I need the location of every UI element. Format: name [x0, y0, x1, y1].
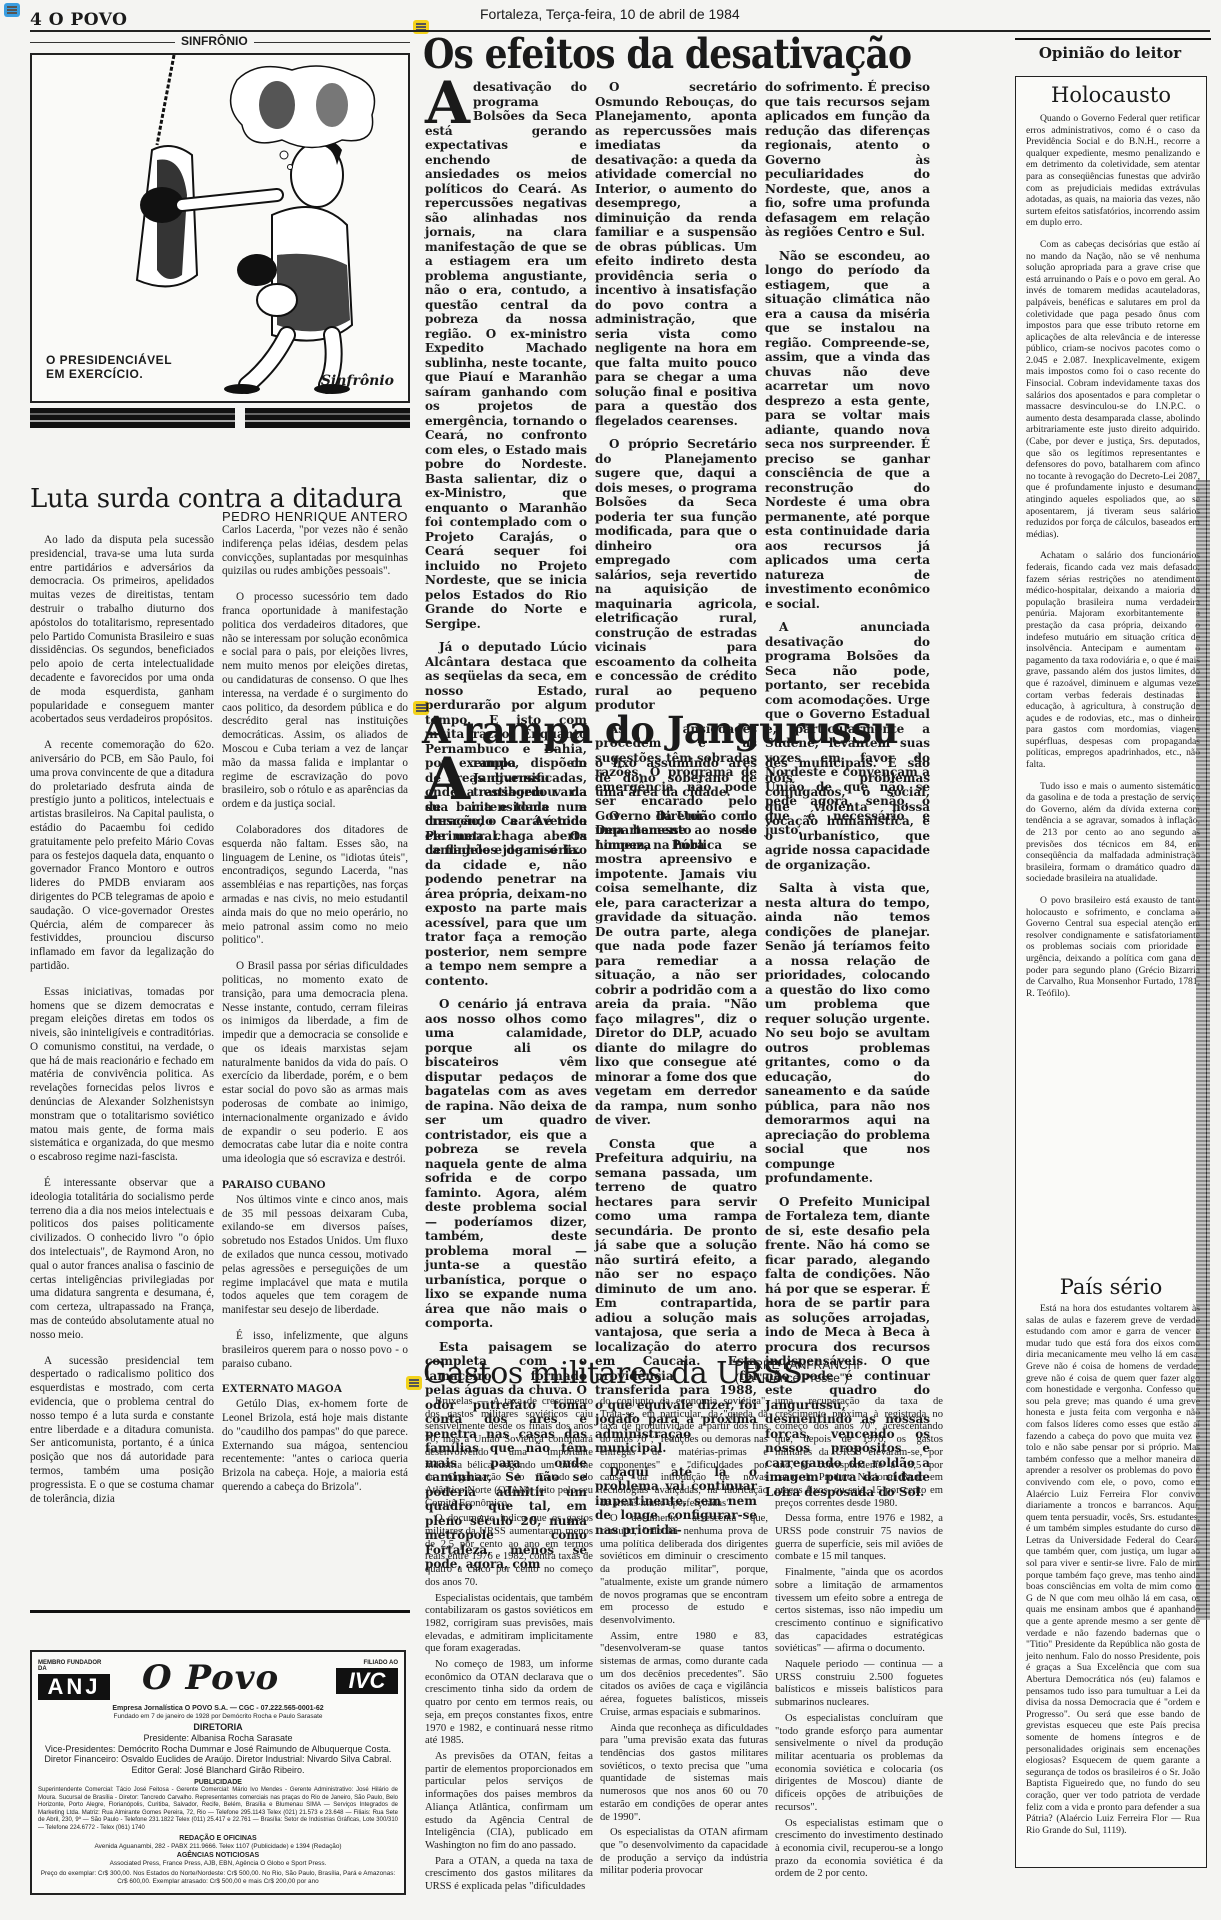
cartoonist-label: SINFRÔNIO [175, 34, 254, 48]
article-title-rampa: A rampa do Jangurussu [422, 708, 898, 752]
subheading-externato-magoa: EXTERNATO MAGOA [222, 1383, 408, 1397]
caption-line: EM EXERCÍCIO. [46, 367, 172, 381]
annotation-note-icon[interactable] [406, 1376, 422, 1390]
divider [30, 1610, 410, 1613]
page-number-masthead: 4 O POVO [30, 10, 127, 30]
paragraph: o lixo assumindo ares de dono soberano d… [595, 756, 757, 800]
paragraph: É interessante observar que a ideologia … [30, 1177, 214, 1343]
article-title-efeitos: Os efeitos da desativação [423, 30, 911, 78]
anj-logo: ANJ [38, 1674, 110, 1700]
paragraph: Finalmente, "ainda que os acordos sobre … [775, 1567, 943, 1656]
paragraph: Getúlo Dias, ex-homem forte de Leonel Br… [222, 1398, 408, 1495]
paragraph: Não se escondeu, ao longo do período da … [765, 249, 930, 612]
ivc-badge: FILIADO AO IVC [336, 1660, 398, 1694]
paragraph: Os especialistas da OTAN afirmam que "o … [600, 1827, 768, 1878]
boxer-cartoon-illustration [32, 55, 408, 401]
paragraph: Colaboradores dos ditadores de esquerda … [222, 824, 408, 948]
paragraph: Essas iniciativas, tomadas por homens qu… [30, 986, 214, 1165]
paragraph: do conjunto da economia soviética". Trat… [600, 1396, 768, 1510]
paragraph: Com as cabeças decisórias que estão aí n… [1026, 239, 1200, 540]
page-fold-shadow [1196, 480, 1210, 1620]
company-line: Empresa Jornalística O POVO S.A. — CGC -… [38, 1704, 398, 1713]
paragraph: O Brasil passa por sérias dificuldades p… [222, 960, 408, 1167]
paragraph: Arampa do Jangurussu transbordou da sua … [425, 756, 587, 988]
paragraph: Dessa forma, entre 1976 e 1982, a URSS p… [775, 1513, 943, 1564]
paragraph: Nos últimos vinte e cinco anos, mais de … [222, 1194, 408, 1318]
price-text: Preço do exemplar: Cr$ 300,00. Nos Estad… [38, 1870, 398, 1886]
paragraph: A recente comemoração do 62o. aniversári… [30, 739, 214, 974]
caption-line: O PRESIDENCIÁVEL [46, 353, 172, 367]
paragraph: É isso, infelizmente, que alguns brasile… [222, 1330, 408, 1371]
paragraph: Naquele periodo — continua — a URSS cons… [775, 1659, 943, 1710]
vice-presidents-line: Vice-Presidentes: Demócrito Rocha Dummar… [38, 1744, 398, 1755]
paragraph-text: desativação do programa Bolsões da Seca … [425, 80, 587, 631]
letters-box: Holocausto Quando o Governo Federal quer… [1015, 76, 1207, 1868]
letter-title-holocausto: Holocausto [1016, 83, 1206, 107]
diretoria-heading: DIRETORIA [38, 1721, 398, 1733]
dateline: Fortaleza, Terça-feira, 10 de abril de 1… [480, 6, 740, 22]
divider [1015, 38, 1211, 40]
paragraph: A sucessão presidencial tem despertado o… [30, 1355, 214, 1507]
founded-line: Fundado em 7 de janeiro de 1928 por Demó… [38, 1713, 398, 1721]
letter-title-pais-serio: País sério [1016, 1275, 1206, 1299]
article-column: Bruxelas — A taxa de crescimento dos gas… [425, 1396, 593, 1897]
president-line: Presidente: Albanisa Rocha Sarasate [38, 1733, 398, 1744]
paragraph: Quando o Governo Federal quer retificar … [1026, 113, 1200, 229]
paragraph: As previsões da OTAN, feitas a partir de… [425, 1751, 593, 1853]
paragraph: Tudo isso e mais o aumento sistemático d… [1026, 781, 1200, 885]
redacao-heading: REDAÇÃO E OFICINAS [38, 1834, 398, 1843]
article-byline: PIERRE LANFRANCHI (Da "France Presse") [735, 1359, 860, 1385]
editor-line: Editor Geral: José Blanchard Girão Ribei… [38, 1765, 398, 1776]
paragraph: O povo brasileiro está exausto de tanto … [1026, 895, 1200, 999]
paragraph: O documento acrescenta que, contudo, "nã… [600, 1513, 768, 1627]
publicidade-heading: PUBLICIDADE [38, 1778, 398, 1787]
article-column: Carlos Lacerda, "por vezes não é senão i… [222, 524, 408, 1507]
annotation-note-icon[interactable] [4, 3, 20, 17]
article-column: do conjunto da economia soviética". Trat… [600, 1396, 768, 1881]
paragraph: do sofrimento. É preciso que tais recurs… [765, 80, 930, 240]
article-byline: PEDRO HENRIQUE ANTERO [222, 509, 408, 524]
drop-cap: A [425, 756, 470, 802]
byline-source: (Da "France Presse") [735, 1372, 860, 1385]
agencias-text: Associated Press, France Press, AJB, EBN… [38, 1860, 398, 1868]
paragraph: Salta à vista que, nesta altura do tempo… [765, 881, 930, 1186]
paragraph: Achatam o salário dos funcionários feder… [1026, 550, 1200, 770]
redacao-text: Avenida Aguanambi, 282 - PABX 211.9666. … [38, 1843, 398, 1851]
paragraph: O processo sucessório tem dado franca op… [222, 591, 408, 812]
paragraph: O cenário já entrava aos nosso olhos com… [425, 997, 587, 1331]
ivc-logo: IVC [336, 1668, 398, 1694]
article-column: uma recuperação da taxa de crescimento p… [775, 1396, 943, 1884]
cartoonist-signature: Sinfrônio [321, 373, 394, 389]
subheading-paraiso-cubano: PARAISO CUBANO [222, 1179, 408, 1193]
paragraph: Ainda que reconheça as dificuldades para… [600, 1723, 768, 1825]
paragraph: uma recuperação da taxa de crescimento p… [775, 1396, 943, 1510]
paragraph: Está na hora dos estudantes voltarem às … [1026, 1303, 1200, 1836]
paragraph: Ao lado da disputa pela sucessão preside… [30, 534, 214, 727]
agencias-heading: AGÊNCIAS NOTICIOSAS [38, 1851, 398, 1860]
paragraph: Os especialistas estimam que o crescimen… [775, 1818, 943, 1882]
publisher-details: Empresa Jornalística O POVO S.A. — CGC -… [38, 1704, 398, 1886]
article-column: Ao lado da disputa pela sucessão preside… [30, 534, 214, 1518]
ivc-label: FILIADO AO [336, 1660, 398, 1666]
publicidade-text: Superintendente Comercial: Tácio José Fe… [38, 1787, 398, 1832]
drop-cap: A [425, 80, 470, 126]
paragraph: Carlos Lacerda, "por vezes não é senão i… [222, 524, 408, 579]
anj-badge: MEMBRO FUNDADOR DA ANJ [38, 1660, 110, 1700]
paragraph: O próprio Secretário do Planejamento sug… [595, 437, 757, 713]
section-title-opiniao: Opinião do leitor [1020, 44, 1200, 62]
paragraph: des municipais. E são dois problemas con… [765, 756, 930, 872]
paragraph: Adesativação do programa Bolsões da Seca… [425, 80, 587, 631]
editorial-cartoon: O PRESIDENCIÁVEL EM EXERCÍCIO. Sinfrônio [30, 53, 410, 403]
o-povo-logo: O Povo [142, 1658, 279, 1698]
letter-column: Quando o Governo Federal quer retificar … [1026, 113, 1200, 1009]
paragraph: No começo de 1983, um informe econômico … [425, 1659, 593, 1748]
paragraph: Os especialistas concluíram que "todo gr… [775, 1713, 943, 1815]
letter-column: Está na hora dos estudantes voltarem às … [1026, 1303, 1200, 1846]
paragraph: Para a OTAN, a queda na taxa de crescime… [425, 1856, 593, 1894]
paragraph: Assim, entre 1980 e 83, "desenvolveram-s… [600, 1631, 768, 1720]
paragraph: O secretário Osmundo Rebouças, do Planej… [595, 80, 757, 428]
decorative-bars [30, 408, 410, 428]
cartoon-caption: O PRESIDENCIÁVEL EM EXERCÍCIO. [46, 353, 172, 381]
paragraph: Bruxelas — A taxa de crescimento dos gas… [425, 1396, 593, 1510]
anj-label: MEMBRO FUNDADOR DA [38, 1660, 110, 1672]
paragraph: Especialistas ocidentais, que também con… [425, 1593, 593, 1657]
paragraph: O Diretor do Departamento de Limpeza Púb… [595, 809, 757, 1128]
directors-line: Diretor Financeiro: Osvaldo Euclides de … [38, 1754, 398, 1765]
paragraph: O documento indica que os gastos militar… [425, 1513, 593, 1589]
publisher-info-box: MEMBRO FUNDADOR DA ANJ O Povo FILIADO AO… [30, 1650, 406, 1895]
